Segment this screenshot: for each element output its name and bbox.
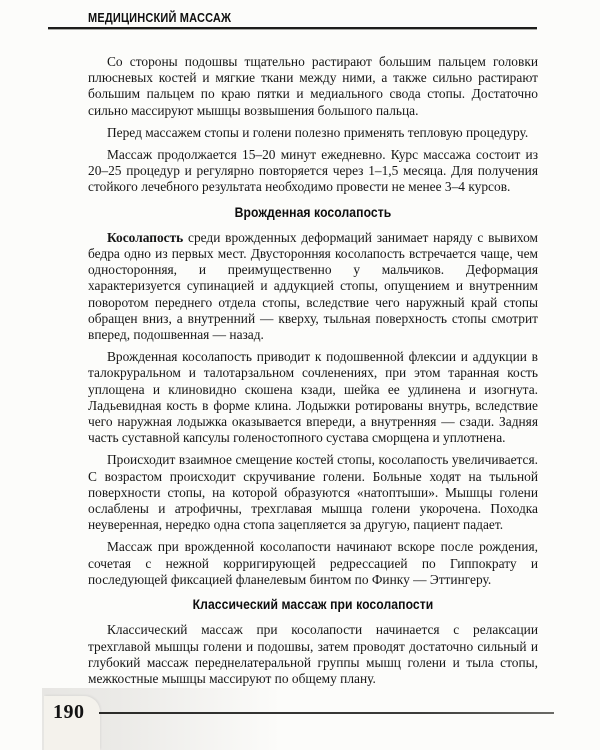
- paragraph: Массаж продолжается 15–20 минут ежедневн…: [88, 147, 538, 196]
- paragraph: Массаж при врожденной косолапости начина…: [88, 539, 538, 588]
- book-page: МЕДИЦИНСКИЙ МАССАЖ Со стороны подошвы тщ…: [0, 0, 600, 750]
- paragraph: Со стороны подошвы тщательно растирают б…: [88, 54, 538, 119]
- section-heading: Врожденная косолапость: [111, 205, 516, 221]
- paragraph: Косолапость среди врожденных деформаций …: [88, 230, 538, 343]
- paragraph: Перед массажем стопы и голени полезно пр…: [88, 125, 538, 141]
- header-rule: [48, 27, 537, 30]
- page-content: Со стороны подошвы тщательно растирают б…: [88, 54, 538, 693]
- paragraph-text: среди врожденных деформаций занимает нар…: [88, 230, 538, 342]
- page-number: 190: [53, 701, 85, 724]
- bold-lead-word: Косолапость: [107, 230, 183, 245]
- paragraph: Классический массаж при косолапости начи…: [88, 622, 538, 687]
- section-heading: Классический массаж при косолапости: [111, 597, 516, 613]
- paragraph: Происходит взаимное смещение костей стоп…: [88, 452, 538, 533]
- running-header-title: МЕДИЦИНСКИЙ МАССАЖ: [88, 11, 231, 25]
- paragraph: Врожденная косолапость приводит к подошв…: [88, 349, 538, 446]
- footer-rule: [99, 712, 554, 714]
